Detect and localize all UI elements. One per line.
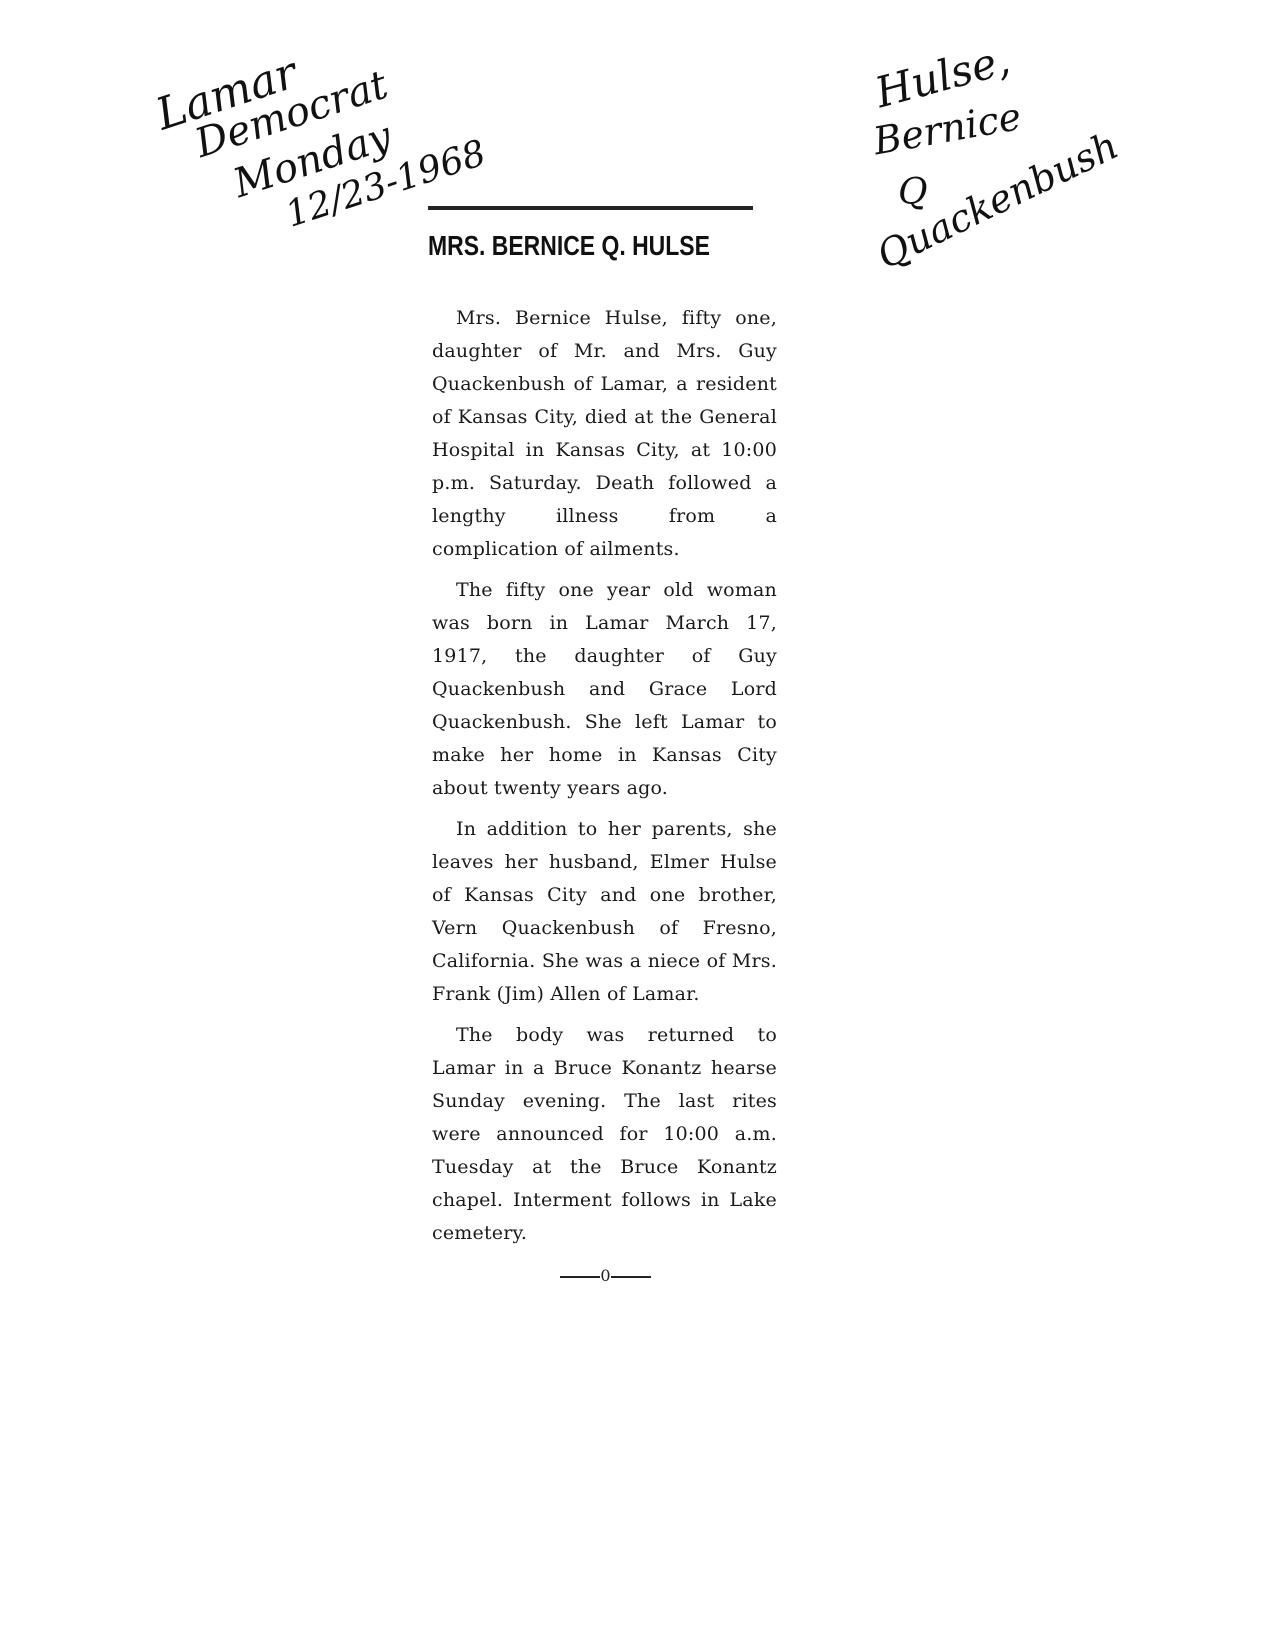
handwritten-line: Q	[898, 172, 928, 213]
paragraph: The body was returned to Lamar in a Bruc…	[432, 1019, 777, 1250]
ornament-dash	[560, 1276, 600, 1278]
paragraph: In addition to her parents, she leaves h…	[432, 813, 777, 1011]
top-rule	[428, 206, 753, 210]
obituary-body: Mrs. Bernice Hulse, fifty one, daughter …	[432, 302, 777, 1250]
scanned-page: Lamar Democrat Monday 12/23-1968 Hulse, …	[0, 0, 1275, 1650]
ornament-mark: 0	[600, 1266, 610, 1285]
ornament-dash	[611, 1276, 651, 1278]
handwritten-name-note: Hulse, Bernice Q Quackenbush	[870, 70, 1190, 330]
paragraph: Mrs. Bernice Hulse, fifty one, daughter …	[432, 302, 777, 566]
newspaper-clipping: MRS. BERNICE Q. HULSE Mrs. Bernice Hulse…	[428, 200, 783, 1285]
end-ornament: 0	[428, 1266, 783, 1285]
obituary-headline: MRS. BERNICE Q. HULSE	[428, 230, 719, 262]
paragraph: The fifty one year old woman was born in…	[432, 574, 777, 805]
